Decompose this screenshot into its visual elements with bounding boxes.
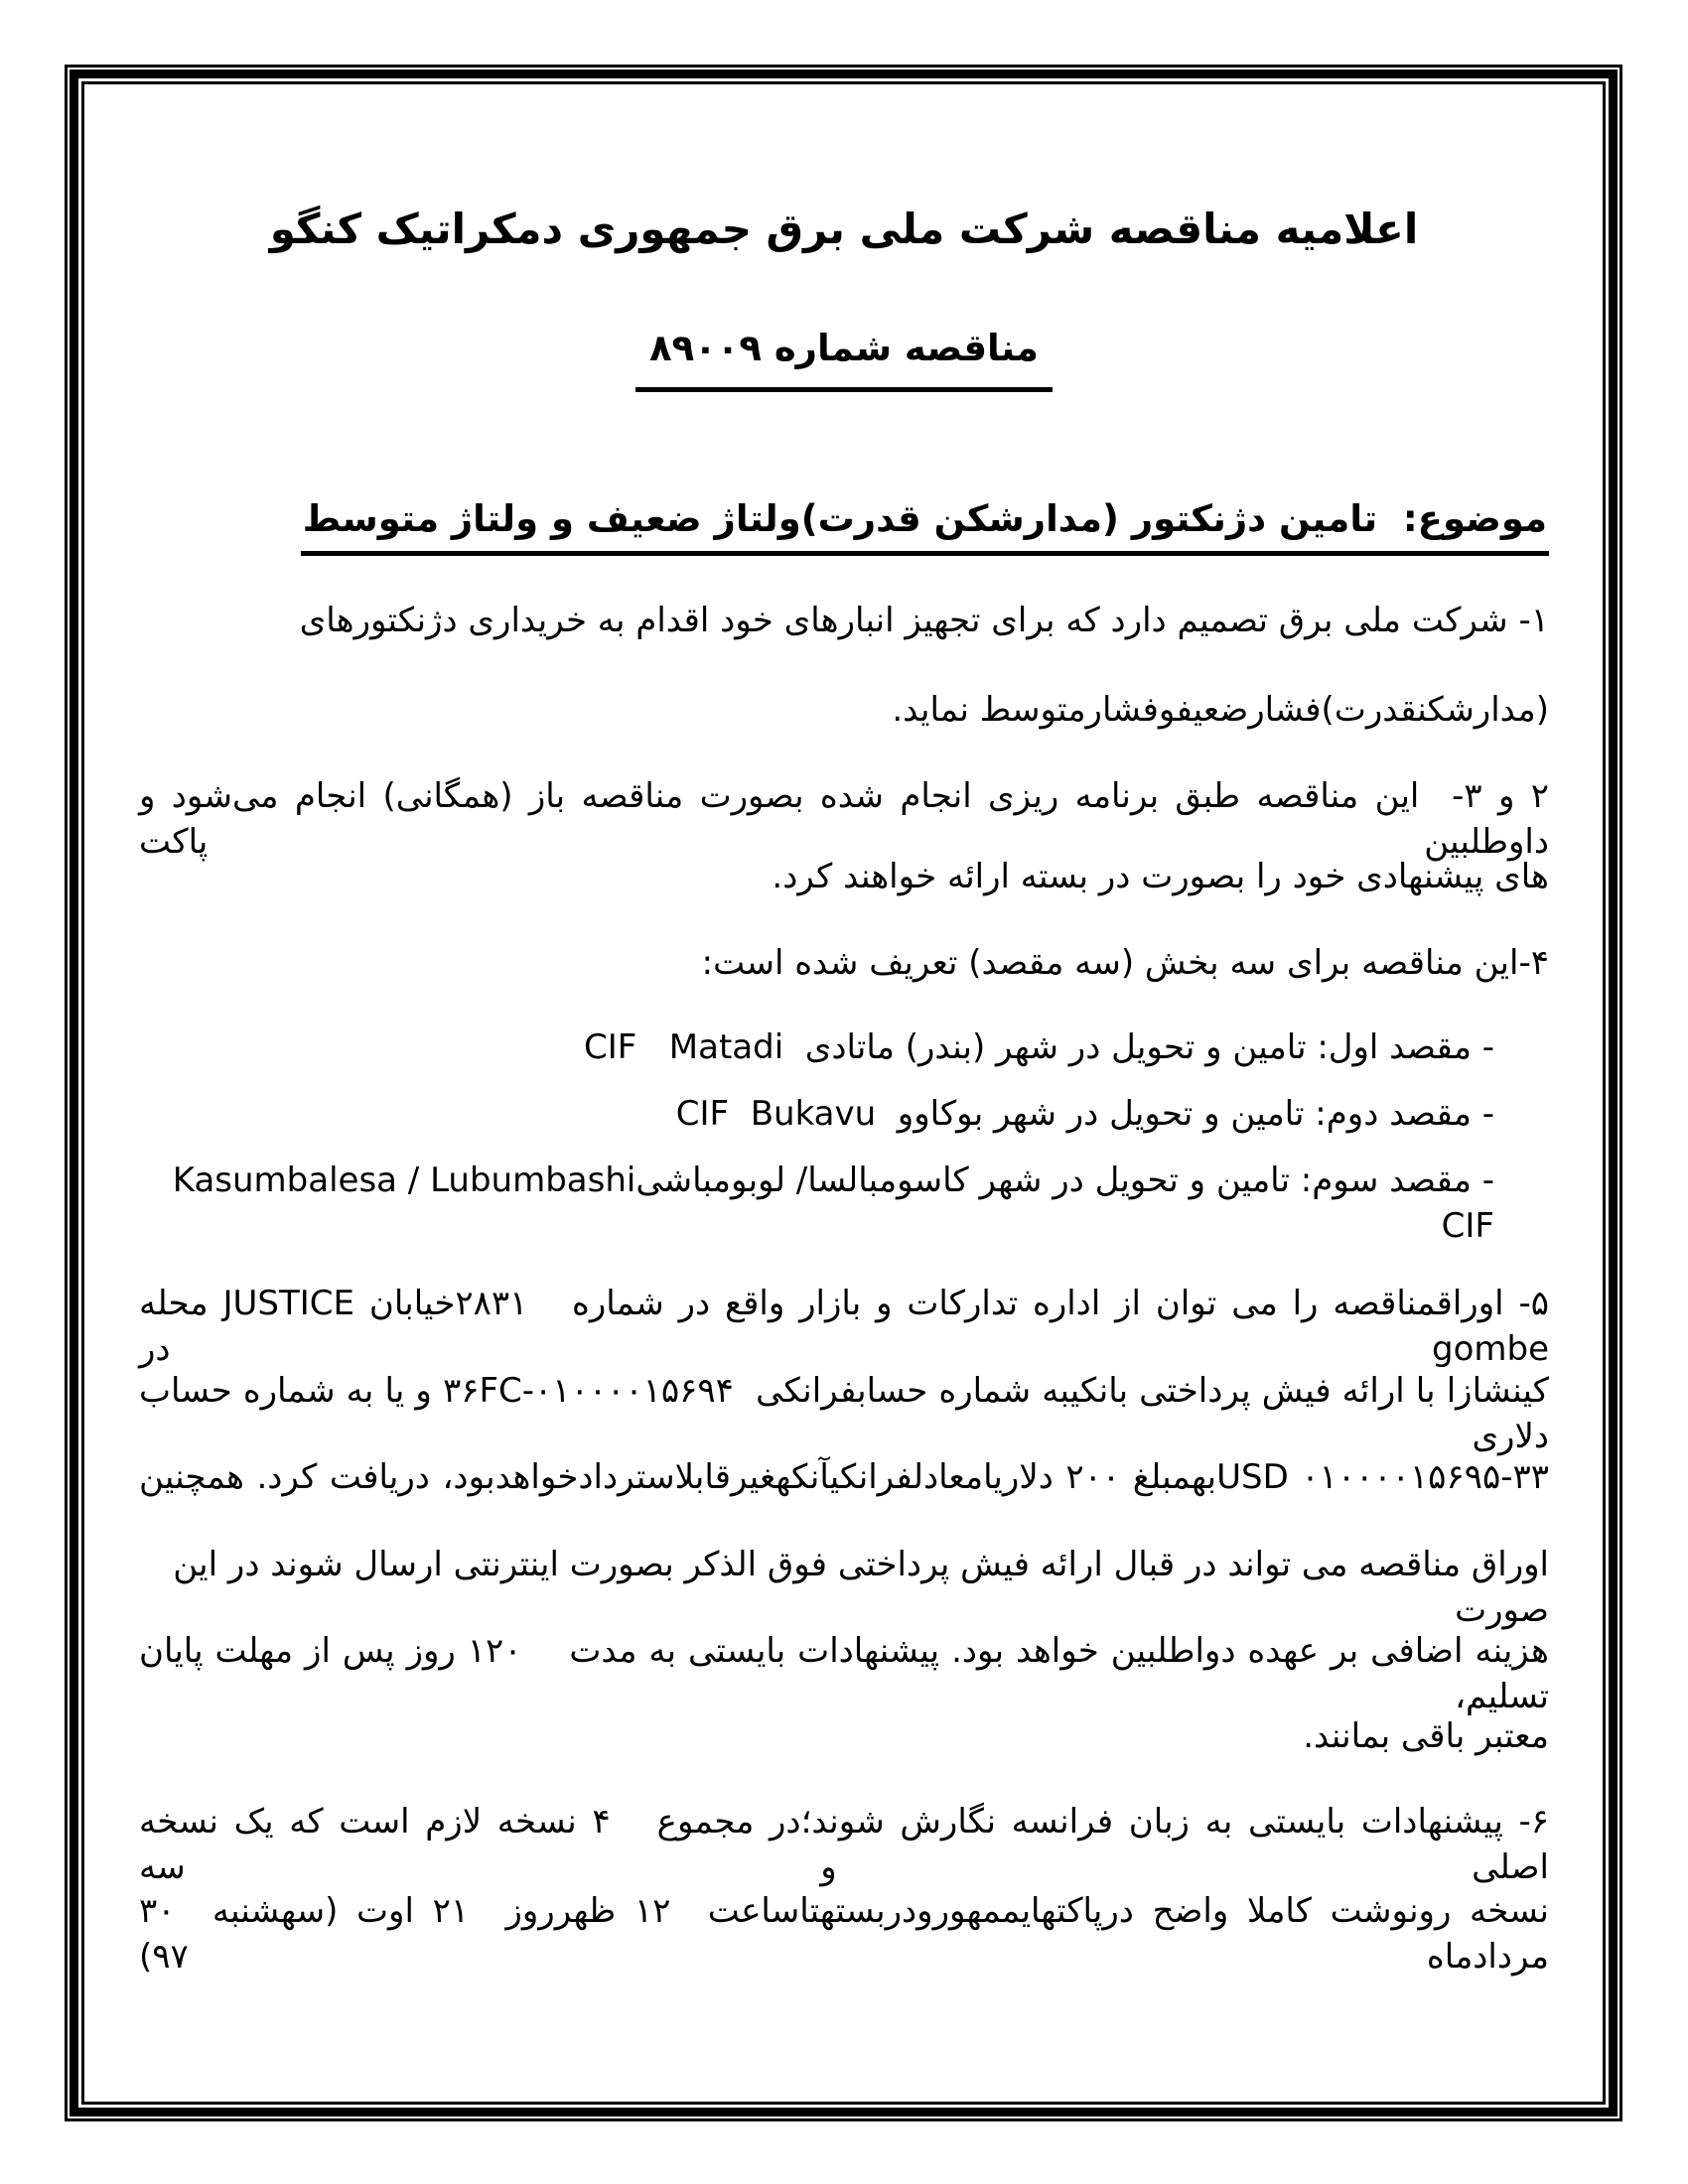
body-line-p2-1: ۲ و ۳- این مناقصه طبق برنامه ریزی انجام …	[139, 773, 1549, 865]
document-page: اعلامیه مناقصه شرکت ملی برق جمهوری دمکرا…	[0, 0, 1688, 2184]
subject-line: موضوع: تامین دژنکتور (مدارشکن قدرت)ولتاژ…	[139, 494, 1549, 556]
body-line-p5-4: اوراق مناقصه می تواند در قبال ارائه فیش …	[139, 1542, 1549, 1633]
tender-number-line: مناقصه شماره ۸۹۰۰۹	[139, 324, 1549, 392]
destination-item-1: - مقصد اول: تامین و تحویل در شهر (بندر) …	[139, 1024, 1494, 1070]
tender-number-underlined-text: مناقصه شماره ۸۹۰۰۹	[635, 324, 1053, 392]
body-line-p4: ۴-این مناقصه برای سه بخش (سه مقصد) تعریف…	[139, 940, 1549, 986]
document-title: اعلامیه مناقصه شرکت ملی برق جمهوری دمکرا…	[139, 202, 1549, 257]
body-line-p5-1: ۵- اوراقمناقصه را می توان از اداره تدارک…	[139, 1281, 1549, 1372]
destination-item-2: - مقصد دوم: تامین و تحویل در شهر بوکاوو …	[139, 1091, 1494, 1137]
subject-underlined-text: موضوع: تامین دژنکتور (مدارشکن قدرت)ولتاژ…	[301, 494, 1549, 556]
body-line-p1-2: (مدارشکنقدرت)فشارضعیفوفشارمتوسط نماید.	[139, 687, 1549, 733]
body-line-p5-5: هزینه اضافی بر عهده دواطلبین خواهد بود. …	[139, 1628, 1549, 1719]
body-line-p6-2: نسخه رونوشت کاملا واضح درپاکتهایممهورودر…	[139, 1888, 1549, 1979]
destination-item-3: - مقصد سوم: تامین و تحویل در شهر کاسومبا…	[139, 1158, 1494, 1249]
body-line-p5-6: معتبر باقی بمانند.	[139, 1713, 1549, 1759]
body-line-p1-1: ۱- شرکت ملی برق تصمیم دارد که برای تجهیز…	[139, 598, 1549, 643]
body-line-p2-2: های پیشنهادی خود را بصورت در بسته ارائه …	[139, 854, 1549, 899]
body-line-p5-2: کینشازا با ارائه فیش پرداختی بانکیبه شما…	[139, 1368, 1549, 1459]
body-line-p5-3: ۰۱۰۰۰۰۱۵۶۹۵-۳۳ USDبهمبلغ ۲۰۰ دلاریامعادل…	[139, 1454, 1549, 1500]
body-line-p6-1: ۶- پیشنهادات بایستی به زبان فرانسه نگارش…	[139, 1799, 1549, 1890]
